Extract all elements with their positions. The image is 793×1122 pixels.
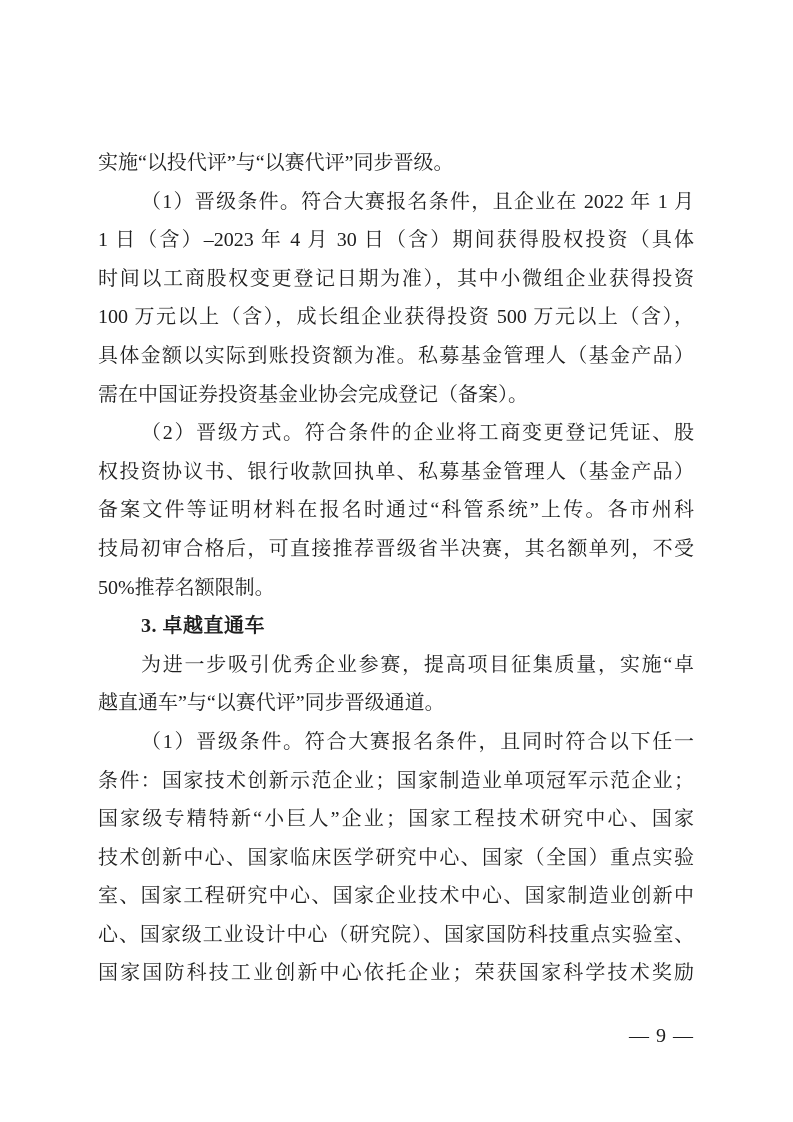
document-body: 实施“以投代评”与“以赛代评”同步晋级。（1）晋级条件。符合大赛报名条件，且企业… (98, 144, 694, 993)
text-line: 100 万元以上（含），成长组企业获得投资 500 万元以上（含）， (98, 298, 694, 337)
text-line: 1 日（含）–2023 年 4 月 30 日（含）期间获得股权投资（具体 (98, 221, 694, 260)
text-line: 越直通车”与“以赛代评”同步晋级通道。 (98, 684, 694, 723)
document-page: 实施“以投代评”与“以赛代评”同步晋级。（1）晋级条件。符合大赛报名条件，且企业… (0, 0, 793, 1122)
text-line: 50%推荐名额限制。 (98, 569, 694, 608)
text-line: 条件：国家技术创新示范企业；国家制造业单项冠军示范企业； (98, 762, 694, 801)
text-line: 国家级专精特新“小巨人”企业；国家工程技术研究中心、国家 (98, 800, 694, 839)
text-line: 技局初审合格后，可直接推荐晋级省半决赛，其名额单列，不受 (98, 530, 694, 569)
text-line: 室、国家工程研究中心、国家企业技术中心、国家制造业创新中 (98, 877, 694, 916)
text-line: 国家国防科技工业创新中心依托企业；荣获国家科学技术奖励 (98, 954, 694, 993)
text-line: 为进一步吸引优秀企业参赛，提高项目征集质量，实施“卓 (98, 646, 694, 685)
text-line: 技术创新中心、国家临床医学研究中心、国家（全国）重点实验 (98, 839, 694, 878)
text-line: （2）晋级方式。符合条件的企业将工商变更登记凭证、股 (98, 414, 694, 453)
section-heading: 3. 卓越直通车 (98, 607, 694, 646)
text-line: 实施“以投代评”与“以赛代评”同步晋级。 (98, 144, 694, 183)
text-line: 权投资协议书、银行收款回执单、私募基金管理人（基金产品） (98, 453, 694, 492)
text-line: 具体金额以实际到账投资额为准。私募基金管理人（基金产品） (98, 337, 694, 376)
text-line: （1）晋级条件。符合大赛报名条件，且同时符合以下任一 (98, 723, 694, 762)
text-line: （1）晋级条件。符合大赛报名条件，且企业在 2022 年 1 月 (98, 183, 694, 222)
text-line: 时间以工商股权变更登记日期为准），其中小微组企业获得投资 (98, 260, 694, 299)
text-line: 心、国家级工业设计中心（研究院）、国家国防科技重点实验室、 (98, 916, 694, 955)
text-line: 需在中国证券投资基金业协会完成登记（备案）。 (98, 376, 694, 415)
page-number: — 9 — (629, 1023, 694, 1049)
text-line: 备案文件等证明材料在报名时通过“科管系统”上传。各市州科 (98, 491, 694, 530)
